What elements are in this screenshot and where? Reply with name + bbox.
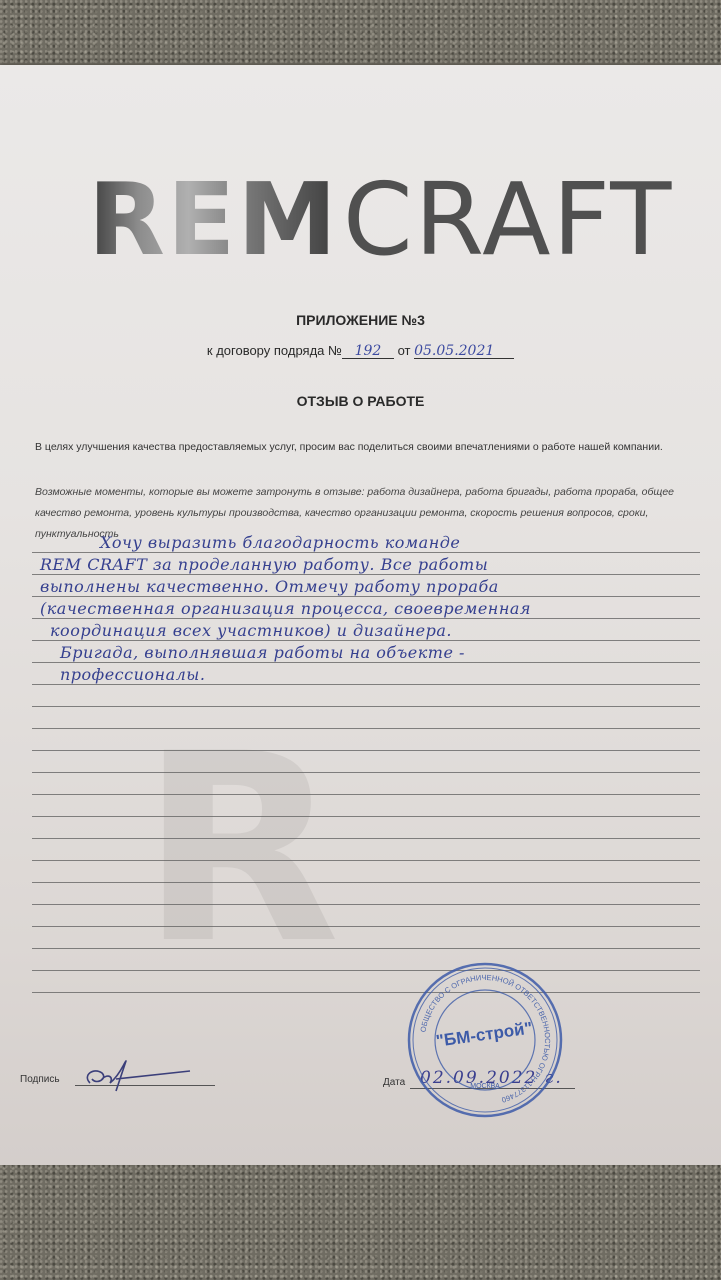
intro-text: В целях улучшения качества предоставляем… <box>35 436 685 458</box>
handwritten-line: (качественная организация процесса, свое… <box>40 599 531 618</box>
contract-number-field[interactable]: 192 <box>342 344 394 359</box>
review-line[interactable] <box>32 596 700 597</box>
handwritten-line: профессионалы. <box>60 665 205 684</box>
review-line[interactable] <box>32 618 700 619</box>
review-line[interactable] <box>32 794 700 795</box>
svg-text:МОСКВА: МОСКВА <box>470 1083 500 1090</box>
review-line[interactable] <box>32 750 700 751</box>
review-line[interactable] <box>32 970 700 971</box>
handwritten-line: координация всех участников) и дизайнера… <box>50 621 452 640</box>
contract-prefix: к договору подряда № <box>207 343 342 358</box>
signature-label: Подпись <box>20 1074 60 1085</box>
review-line[interactable] <box>32 706 700 707</box>
logo-watermark: R <box>140 700 660 1000</box>
signature-scribble <box>80 1055 200 1095</box>
appendix-title: ПРИЛОЖЕНИЕ №3 <box>0 312 721 328</box>
review-line[interactable] <box>32 574 700 575</box>
review-line[interactable] <box>32 926 700 927</box>
logo-craft: CRAFT <box>343 175 674 265</box>
handwritten-line: Хочу выразить благодарность команде <box>100 533 460 552</box>
logo-rem: REM <box>88 175 339 265</box>
review-line[interactable] <box>32 552 700 553</box>
company-stamp: ОБЩЕСТВО С ОГРАНИЧЕННОЙ ОТВЕТСТВЕННОСТЬЮ… <box>405 960 565 1120</box>
review-line[interactable] <box>32 816 700 817</box>
handwritten-line: выполнены качественно. Отмечу работу про… <box>40 577 499 596</box>
form-title: ОТЗЫВ О РАБОТЕ <box>0 393 721 409</box>
contract-date-field[interactable]: 05.05.2021 <box>414 344 514 359</box>
review-line[interactable] <box>32 640 700 641</box>
contract-between: от <box>398 343 411 358</box>
review-line[interactable] <box>32 772 700 773</box>
company-logo: REM CRAFT <box>88 170 673 265</box>
review-line[interactable] <box>32 684 700 685</box>
review-line[interactable] <box>32 882 700 883</box>
review-line[interactable] <box>32 904 700 905</box>
review-line[interactable] <box>32 662 700 663</box>
review-line[interactable] <box>32 992 700 993</box>
review-line[interactable] <box>32 948 700 949</box>
contract-line: к договору подряда №192 от 05.05.2021 <box>0 343 721 359</box>
review-line[interactable] <box>32 860 700 861</box>
handwritten-line: REM CRAFT за проделанную работу. Все раб… <box>40 555 488 574</box>
date-label: Дата <box>383 1077 405 1088</box>
review-line[interactable] <box>32 838 700 839</box>
review-line[interactable] <box>32 728 700 729</box>
svg-text:"БМ-строй": "БМ-строй" <box>435 1018 534 1050</box>
handwritten-line: Бригада, выполнявшая работы на объекте - <box>60 643 465 662</box>
